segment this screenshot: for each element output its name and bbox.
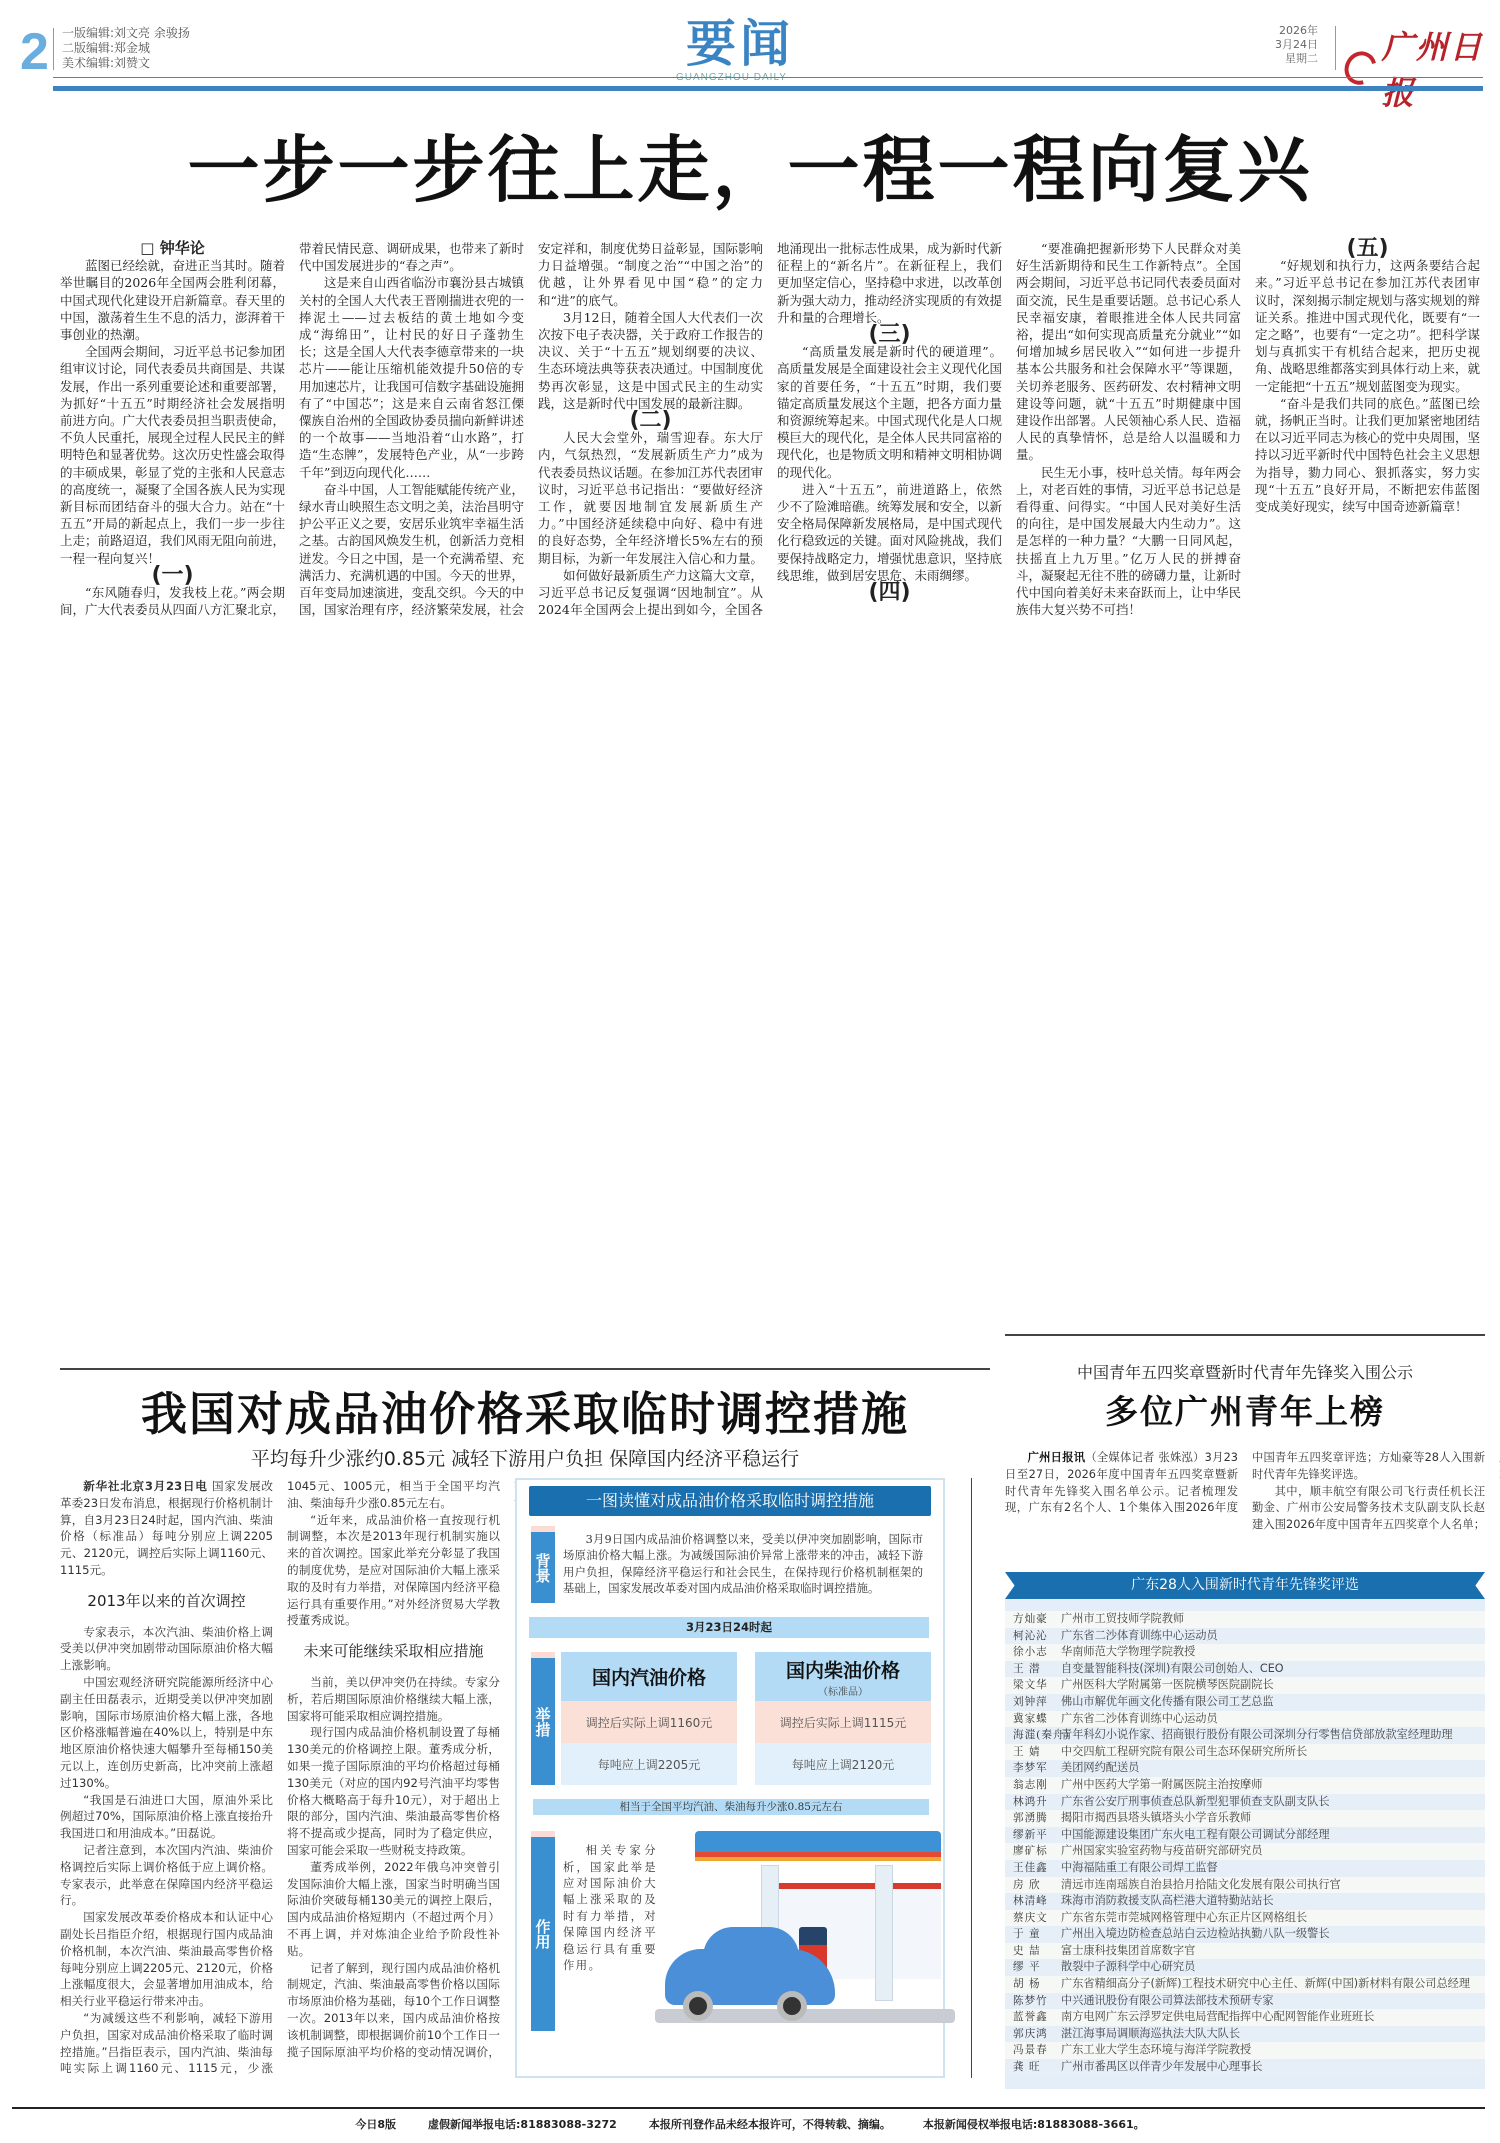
nominee-role: 广州市工贸技师学院教师 xyxy=(1061,1611,1485,1628)
main-headline: 一步一步往上走，一程一程向复兴 xyxy=(0,112,1500,216)
nominee-role: 中海福陆重工有限公司焊工监督 xyxy=(1061,1860,1485,1877)
nominee-row: 梁文华广州医科大学附属第一医院横琴医院副院长 xyxy=(1005,1677,1485,1694)
issue-date: 2026年 3月24日 星期二 xyxy=(1275,24,1318,66)
nominee-name: 方灿豪 xyxy=(1013,1611,1061,1628)
summary-bar: 相当于全国平均汽油、柴油每升少涨0.85元左右 xyxy=(533,1799,929,1815)
nominee-role: 自变量智能科技(深圳)有限公司创始人、CEO xyxy=(1061,1661,1485,1678)
nominee-name: 冀家蝶 xyxy=(1013,1711,1061,1728)
paragraph: 全国两会期间，习近平总书记参加团组审议讨论，同代表委员共商国是、共谋发展，作出一… xyxy=(60,343,285,567)
price-cards: 国内汽油价格 调控后实际上调1160元 每吨应上调2205元 国内柴油价格（标准… xyxy=(555,1652,931,1785)
paragraph: “近年来，成品油价格一直按现行机制调整，本次是2013年现行机制实施以来的首次调… xyxy=(287,1512,500,1630)
gasoline-should-increase: 每吨应上调2205元 xyxy=(561,1743,737,1785)
diesel-title: 国内柴油价格（标准品） xyxy=(755,1652,931,1701)
section-marker: (五) xyxy=(1255,240,1480,257)
nominee-row: 史 喆富士康科技集团首席数字官 xyxy=(1005,1943,1485,1960)
nominee-name: 李梦军 xyxy=(1013,1760,1061,1777)
section-divider xyxy=(1005,1334,1485,1336)
nominee-row: 郭庆鸿湛江海事局调顺海巡执法大队大队长 xyxy=(1005,2026,1485,2043)
nominee-name: 缪新平 xyxy=(1013,1827,1061,1844)
paragraph: “奋斗是我们共同的底色。”蓝图已绘就，扬帆正当时。让我们更加紧密地团结在以习近平… xyxy=(1255,395,1480,515)
nominee-role: 中国能源建设集团广东火电工程有限公司调试分部经理 xyxy=(1061,1827,1485,1844)
nominee-role: 华南师范大学物理学院教授 xyxy=(1061,1644,1485,1661)
nominee-role: 广州国家实验室药物与疫苗研究部研究员 xyxy=(1061,1843,1485,1860)
section-divider xyxy=(60,1368,990,1370)
nominee-row: 徐小志华南师范大学物理学院教授 xyxy=(1005,1644,1485,1661)
paragraph: “高质量发展是新时代的硬道理”。高质量发展是全面建设社会主义现代化国家的首要任务… xyxy=(777,343,1002,481)
canopy-icon xyxy=(695,1831,941,1857)
nominee-role: 广州医科大学附属第一医院横琴医院副院长 xyxy=(1061,1677,1485,1694)
nominee-row: 龚 旺广州市番禺区以伴青少年发展中心理事长 xyxy=(1005,2059,1485,2076)
nominee-row: 冯景春广东工业大学生态环境与海洋学院教授 xyxy=(1005,2042,1485,2059)
nominee-name: 缪 平 xyxy=(1013,1959,1061,1976)
nominee-name: 王佳鑫 xyxy=(1013,1860,1061,1877)
nominee-row: 刘钟萍佛山市解优年画文化传播有限公司工艺总监 xyxy=(1005,1694,1485,1711)
nominee-name: 翁志刚 xyxy=(1013,1777,1061,1794)
nominee-row: 林鸿升广东省公安厅刑事侦查总队新型犯罪侦查支队副支队长 xyxy=(1005,1794,1485,1811)
nominee-row: 蓝誉鑫南方电网广东云浮罗定供电局营配指挥中心配网智能作业班班长 xyxy=(1005,2009,1485,2026)
paragraph: 国家发展改革委价格成本和认证中心副处长吕指臣介绍，根据现行国内成品油价格机制，本… xyxy=(60,1909,273,2010)
nominee-role: 揭阳市揭西县塔头镇塔头小学音乐教师 xyxy=(1061,1810,1485,1827)
wheel-icon xyxy=(683,1991,713,2021)
paragraph: 新华社北京3月23日电 国家发展改革委23日发布消息，根据现行价格机制计算，自3… xyxy=(60,1478,273,1579)
section-marker: (四) xyxy=(777,584,1002,601)
nominee-name: 刘钟萍 xyxy=(1013,1694,1061,1711)
subhead: 未来可能继续采取相应措施 xyxy=(287,1643,500,1660)
paragraph: 现行国内成品油价格机制设置了每桶130美元的价格调控上限。董秀成分析，如果一揽子… xyxy=(287,1724,500,1858)
logo-text: 广州日报 xyxy=(1382,22,1500,114)
nominee-name: 冯景春 xyxy=(1013,2042,1061,2059)
nominee-name: 胡 杨 xyxy=(1013,1976,1061,1993)
nominee-name: 王 潜 xyxy=(1013,1661,1061,1678)
nominee-row: 缪 平散裂中子源科学中心研究员 xyxy=(1005,1959,1485,1976)
diesel-should-increase: 每吨应上调2120元 xyxy=(755,1743,931,1785)
background-text: 3月9日国内成品油价格调整以来，受美以伊冲突加剧影响，国际市场原油价格大幅上涨。… xyxy=(555,1526,931,1603)
header-rule xyxy=(53,77,1483,78)
nominee-row: 方灿豪广州市工贸技师学院教师 xyxy=(1005,1611,1485,1628)
nominee-role: 广东省精细高分子(新辉)工程技术研究中心主任、新辉(中国)新材料有限公司总经理 xyxy=(1061,1976,1485,1993)
youth-story-headline: 多位广州青年上榜 xyxy=(1005,1386,1485,1433)
nominee-role: 广东工业大学生态环境与海洋学院教授 xyxy=(1061,2042,1485,2059)
nominee-name: 徐小志 xyxy=(1013,1644,1061,1661)
date-day: 3月24日 xyxy=(1275,38,1318,52)
diesel-actual-increase: 调控后实际上调1115元 xyxy=(755,1701,931,1743)
nominee-role: 广州市番禺区以伴青少年发展中心理事长 xyxy=(1061,2059,1485,2076)
gasoline-actual-increase: 调控后实际上调1160元 xyxy=(561,1701,737,1743)
paragraph: 专家表示，本次汽油、柴油价格上调受美以伊冲突加剧带动国际原油价格大幅上涨影响。 xyxy=(60,1624,273,1674)
nominee-name: 廖矿标 xyxy=(1013,1843,1061,1860)
section-title: 要闻 xyxy=(686,4,794,76)
wheel-icon xyxy=(777,1991,807,2021)
nominee-row: 翁志刚广州中医药大学第一附属医院主治按摩师 xyxy=(1005,1777,1485,1794)
nominee-name: 林清峰 xyxy=(1013,1893,1061,1910)
header-rule-thick xyxy=(53,86,1483,91)
paragraph: 这是来自山西省临汾市襄汾县古城镇关村的全国人大代表王晋刚揣进衣兜的一捧泥土——过… xyxy=(299,274,524,480)
nominee-role: 中兴通讯股份有限公司算法部技术预研专家 xyxy=(1061,1993,1485,2010)
gas-station-illustration xyxy=(665,1831,931,2031)
pillar-icon xyxy=(875,1865,893,2001)
paragraph: 当前，美以伊冲突仍在持续。专家分析，若后期国际原油价格继续大幅上涨，国家将可能采… xyxy=(287,1674,500,1724)
measures-tag: 举措 xyxy=(531,1652,555,1785)
gasoline-title: 国内汽油价格 xyxy=(561,1652,737,1701)
nominee-list-title: 广东28人入围新时代青年先锋奖评选 xyxy=(1005,1572,1485,1599)
nominee-name: 柯沁沁 xyxy=(1013,1628,1061,1645)
pages-today: 今日8版 xyxy=(355,2116,396,2132)
divider xyxy=(1335,26,1336,70)
nominee-role: 富士康科技集团首席数字官 xyxy=(1061,1943,1485,1960)
nominee-row: 柯沁沁广东省二沙体育训练中心运动员 xyxy=(1005,1628,1485,1645)
section-marker: (二) xyxy=(538,412,763,429)
paragraph: 记者注意到，本次国内汽油、柴油价格调控后实际上调价格低于应上调价格。专家表示，此… xyxy=(60,1842,273,1909)
nominee-role: 佛山市解优年画文化传播有限公司工艺总监 xyxy=(1061,1694,1485,1711)
nominee-name: 林鸿升 xyxy=(1013,1794,1061,1811)
editor-line: 二版编辑:郑金城 xyxy=(62,41,190,56)
paragraph: 进入“十五五”，前进道路上，依然少不了险滩暗礁。统筹发展和安全，以新安全格局保障… xyxy=(777,481,1002,584)
diesel-note: （标准品） xyxy=(755,1683,931,1698)
nominee-list: 方灿豪广州市工贸技师学院教师柯沁沁广东省二沙体育训练中心运动员徐小志华南师范大学… xyxy=(1005,1599,1485,2089)
editor-credits: 一版编辑:刘文亮 余骏扬 二版编辑:郑金城 美术编辑:刘赞文 xyxy=(62,26,190,71)
nominee-role: 湛江海事局调顺海巡执法大队大队长 xyxy=(1061,2026,1485,2043)
paragraph: “要准确把握新形势下人民群众对美好生活新期待和民生工作新特点”。全国两会期间，习… xyxy=(1016,240,1241,464)
paragraph: 董秀成举例，2022年俄乌冲突曾引发国际油价大幅上涨，国家当时明确当国际油价突破… xyxy=(287,1859,500,1960)
newspaper-logo: 广州日报 xyxy=(1345,22,1500,114)
nominee-row: 陈梦竹中兴通讯股份有限公司算法部技术预研专家 xyxy=(1005,1993,1485,2010)
oil-story-headline: 我国对成品油价格采取临时调控措施 xyxy=(60,1378,990,1444)
nominee-row: 缪新平中国能源建设集团广东火电工程有限公司调试分部经理 xyxy=(1005,1827,1485,1844)
nominee-row: 胡 杨广东省精细高分子(新辉)工程技术研究中心主任、新辉(中国)新材料有限公司总… xyxy=(1005,1976,1485,1993)
nominee-name: 郭湧腾 xyxy=(1013,1810,1061,1827)
nominee-role: 中交四航工程研究院有限公司生态环保研究所所长 xyxy=(1061,1744,1485,1761)
nominee-row: 王 婧中交四航工程研究院有限公司生态环保研究所所长 xyxy=(1005,1744,1485,1761)
nominee-role: 广州出入境边防检查总站白云边检站执勤八队一级警长 xyxy=(1061,1926,1485,1943)
nominee-name: 陈梦竹 xyxy=(1013,1993,1061,2010)
paragraph: 蓝图已经绘就，奋进正当其时。随着举世瞩目的2026年全国两会胜利闭幕，中国式现代… xyxy=(60,257,285,343)
nominee-row: 王 潜自变量智能科技(深圳)有限公司创始人、CEO xyxy=(1005,1661,1485,1678)
gasoline-price-card: 国内汽油价格 调控后实际上调1160元 每吨应上调2205元 xyxy=(561,1652,737,1785)
page-number: 2 xyxy=(20,22,49,82)
nominee-name: 房 欣 xyxy=(1013,1877,1061,1894)
nominee-row: 海漄(秦舟)青年科幻小说作家、招商银行股份有限公司深圳分行零售信贷部放款室经理助… xyxy=(1005,1727,1485,1744)
nominee-role: 广州中医药大学第一附属医院主治按摩师 xyxy=(1061,1777,1485,1794)
youth-story-kicker: 中国青年五四奖章暨新时代青年先锋奖入围公示 xyxy=(1005,1360,1485,1383)
commentary-article: □ 钟华论 蓝图已经绘就，奋进正当其时。随着举世瞩目的2026年全国两会胜利闭幕… xyxy=(60,240,1480,1360)
nominee-role: 广东省二沙体育训练中心运动员 xyxy=(1061,1711,1485,1728)
nominee-row: 房 欣清远市连南瑶族自治县拾月拾陆文化发展有限公司执行官 xyxy=(1005,1877,1485,1894)
divider xyxy=(53,28,54,70)
effect-section: 作用 相关专家分析，国家此举是应对国际油价大幅上涨采取的及时有力举措，对保障国内… xyxy=(531,1831,931,2031)
nominee-row: 于 童广州出入境边防检查总站白云边检站执勤八队一级警长 xyxy=(1005,1926,1485,1943)
nominee-name: 海漄(秦舟) xyxy=(1013,1727,1061,1744)
subhead: 2013年以来的首次调控 xyxy=(60,1593,273,1610)
nominee-row: 王佳鑫中海福陆重工有限公司焊工监督 xyxy=(1005,1860,1485,1877)
nominee-row: 林清峰珠海市消防救援支队高栏港大道特勤站站长 xyxy=(1005,1893,1485,1910)
background-section: 背景 3月9日国内成品油价格调整以来，受美以伊冲突加剧影响，国际市场原油价格大幅… xyxy=(531,1526,931,1603)
effective-date-bar: 3月23日24时起 xyxy=(529,1617,929,1638)
column-divider xyxy=(971,1478,972,2078)
footer-rule xyxy=(12,2107,1485,2109)
nominee-name: 蓝誉鑫 xyxy=(1013,2009,1061,2026)
nominee-name: 王 婧 xyxy=(1013,1744,1061,1761)
nominee-role: 清远市连南瑶族自治县拾月拾陆文化发展有限公司执行官 xyxy=(1061,1877,1485,1894)
nominee-row: 李梦军美团网约配送员 xyxy=(1005,1760,1485,1777)
infringement-hotline: 本报新闻侵权举报电话:81883088-3661。 xyxy=(923,2116,1145,2132)
masthead: 2 一版编辑:刘文亮 余骏扬 二版编辑:郑金城 美术编辑:刘赞文 要闻 GUAN… xyxy=(0,0,1500,95)
nominee-role: 散裂中子源科学中心研究员 xyxy=(1061,1959,1485,1976)
logo-mark-icon xyxy=(1339,46,1383,91)
nominee-name: 蔡庆文 xyxy=(1013,1910,1061,1927)
date-year: 2026年 xyxy=(1275,24,1318,38)
nominee-name: 梁文华 xyxy=(1013,1677,1061,1694)
oil-story-subheadline: 平均每升少涨约0.85元 减轻下游用户负担 保障国内经济平稳运行 xyxy=(60,1444,990,1471)
oil-infographic: 一图读懂对成品油价格采取临时调控措施 背景 3月9日国内成品油价格调整以来，受美… xyxy=(515,1478,945,2078)
nominee-name: 于 童 xyxy=(1013,1926,1061,1943)
nominee-role: 广东省东莞市莞城网格管理中心东正片区网格组长 xyxy=(1061,1910,1485,1927)
paragraph: “我国是石油进口大国，原油外采比例超过70%，国际原油价格上涨直接抬升我国进口和… xyxy=(60,1792,273,1842)
background-tag: 背景 xyxy=(531,1526,555,1603)
measures-section: 举措 国内汽油价格 调控后实际上调1160元 每吨应上调2205元 国内柴油价格… xyxy=(531,1652,931,1785)
section-marker: (一) xyxy=(60,567,285,584)
effect-text: 相关专家分析，国家此举是应对国际油价大幅上涨采取的及时有力举措，对保障国内经济平… xyxy=(555,1831,665,2031)
diesel-price-card: 国内柴油价格（标准品） 调控后实际上调1115元 每吨应上调2120元 xyxy=(755,1652,931,1785)
nominee-role: 美团网约配送员 xyxy=(1061,1760,1485,1777)
paragraph: 3月12日，随着全国人大代表们一次次按下电子表决器，关于政府工作报告的决议、关于… xyxy=(538,309,763,412)
byline: □ 钟华论 xyxy=(60,240,285,257)
oil-story-body: 新华社北京3月23日电 国家发展改革委23日发布消息，根据现行价格机制计算，自3… xyxy=(60,1478,500,2078)
copyright-notice: 本报所刊登作品未经本报许可，不得转载、摘编。 xyxy=(649,2116,891,2132)
paragraph: 中国宏观经济研究院能源所经济中心副主任田磊表示，近期受美以伊冲突加剧影响，国际市… xyxy=(60,1674,273,1792)
effect-tag: 作用 xyxy=(531,1831,555,2031)
nominee-role: 青年科幻小说作家、招商银行股份有限公司深圳分行零售信贷部放款室经理助理 xyxy=(1061,1727,1485,1744)
nominee-name: 史 喆 xyxy=(1013,1943,1061,1960)
footer: 今日8版 虚假新闻举报电话:81883088-3272 本报所刊登作品未经本报许… xyxy=(0,2116,1500,2132)
nominee-row: 蔡庆文广东省东莞市莞城网格管理中心东正片区网格组长 xyxy=(1005,1910,1485,1927)
editor-line: 一版编辑:刘文亮 余骏扬 xyxy=(62,26,190,41)
nominee-row: 冀家蝶广东省二沙体育训练中心运动员 xyxy=(1005,1711,1485,1728)
nominee-role: 广东省二沙体育训练中心运动员 xyxy=(1061,1628,1485,1645)
paragraph: 人民大会堂外，瑞雪迎春。东大厅内，气氛热烈，“发展新质生产力”成为代表委员热议话… xyxy=(538,429,763,567)
fake-news-hotline: 虚假新闻举报电话:81883088-3272 xyxy=(428,2116,617,2132)
paragraph: 民生无小事，枝叶总关情。每年两会上，对老百姓的事情，习近平总书记总是看得重、问得… xyxy=(1016,464,1241,619)
nominee-role: 广东省公安厅刑事侦查总队新型犯罪侦查支队副支队长 xyxy=(1061,1794,1485,1811)
nominee-name: 龚 旺 xyxy=(1013,2059,1061,2076)
infographic-title: 一图读懂对成品油价格采取临时调控措施 xyxy=(529,1486,931,1516)
nominee-role: 珠海市消防救援支队高栏港大道特勤站站长 xyxy=(1061,1893,1485,1910)
nominee-role: 南方电网广东云浮罗定供电局营配指挥中心配网智能作业班班长 xyxy=(1061,2009,1485,2026)
paragraph: “好规划和执行力，这两条要结合起来。”习近平总书记在参加江苏代表团审议时，深刻揭… xyxy=(1255,257,1480,395)
section-marker: (三) xyxy=(777,326,1002,343)
nominee-row: 郭湧腾揭阳市揭西县塔头镇塔头小学音乐教师 xyxy=(1005,1810,1485,1827)
nominee-name: 郭庆鸿 xyxy=(1013,2026,1061,2043)
date-weekday: 星期二 xyxy=(1275,52,1318,66)
nominee-row: 廖矿标广州国家实验室药物与疫苗研究部研究员 xyxy=(1005,1843,1485,1860)
editor-line: 美术编辑:刘赞文 xyxy=(62,56,190,71)
youth-story-body: 广州日报讯（全媒体记者 张姝泓）3月23日至27日，2026年度中国青年五四奖章… xyxy=(1005,1450,1485,1550)
